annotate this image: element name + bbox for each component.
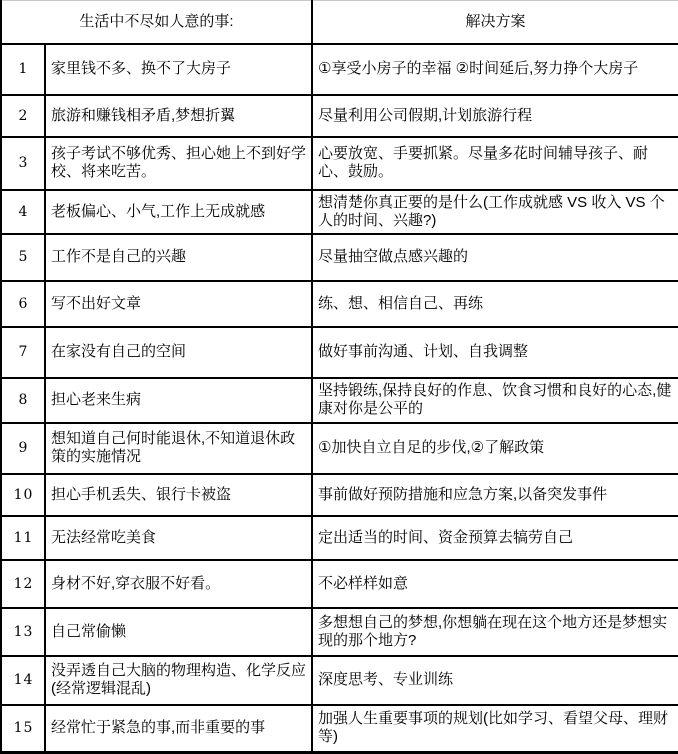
row-number: 3	[1, 137, 45, 190]
table-row: 5 工作不是自己的兴趣 尽量抽空做点感兴趣的	[1, 234, 678, 281]
row-number: 11	[1, 516, 45, 560]
solution-cell: 想清楚你真正要的是什么(工作成就感 VS 收入 VS 个人的时间、兴趣?)	[312, 190, 678, 234]
table-row: 15 经常忙于紧急的事,而非重要的事 加强人生重要事项的规划(比如学习、看望父母…	[1, 705, 678, 753]
row-number: 4	[1, 190, 45, 234]
row-number: 12	[1, 560, 45, 608]
header-solutions: 解决方案	[312, 1, 678, 44]
problem-cell: 无法经常吃美食	[45, 516, 312, 560]
table-row: 11 无法经常吃美食 定出适当的时间、资金预算去犒劳自己	[1, 516, 678, 560]
row-number: 7	[1, 327, 45, 378]
problem-cell: 担心老来生病	[45, 378, 312, 423]
row-number: 6	[1, 281, 45, 327]
problem-cell: 孩子考试不够优秀、担心她上不到好学校、将来吃苦。	[45, 137, 312, 190]
solution-cell: 多想想自己的梦想,你想躺在现在这个地方还是梦想实现的那个地方?	[312, 608, 678, 656]
row-number: 9	[1, 423, 45, 474]
solution-cell: ①享受小房子的幸福 ②时间延后,努力挣个大房子	[312, 44, 678, 95]
problem-cell: 旅游和赚钱相矛盾,梦想折翼	[45, 95, 312, 137]
table-row: 2 旅游和赚钱相矛盾,梦想折翼 尽量利用公司假期,计划旅游行程	[1, 95, 678, 137]
table-body: 1 家里钱不多、换不了大房子 ①享受小房子的幸福 ②时间延后,努力挣个大房子 2…	[1, 44, 678, 753]
problem-cell: 家里钱不多、换不了大房子	[45, 44, 312, 95]
problem-cell: 写不出好文章	[45, 281, 312, 327]
document-sheet: 生活中不尽如人意的事: 解决方案 1 家里钱不多、换不了大房子 ①享受小房子的幸…	[0, 0, 678, 754]
table-row: 6 写不出好文章 练、想、相信自己、再练	[1, 281, 678, 327]
problem-cell: 想知道自己何时能退休,不知道退休政策的实施情况	[45, 423, 312, 474]
solution-cell: 心要放宽、手要抓紧。尽量多花时间辅导孩子、耐心、鼓励。	[312, 137, 678, 190]
row-number: 14	[1, 656, 45, 705]
problem-cell: 担心手机丢失、银行卡被盗	[45, 474, 312, 516]
problem-cell: 老板偏心、小气,工作上无成就感	[45, 190, 312, 234]
problem-cell: 身材不好,穿衣服不好看。	[45, 560, 312, 608]
row-number: 15	[1, 705, 45, 753]
solution-cell: 做好事前沟通、计划、自我调整	[312, 327, 678, 378]
solution-cell: 尽量利用公司假期,计划旅游行程	[312, 95, 678, 137]
solution-cell: 练、想、相信自己、再练	[312, 281, 678, 327]
solution-cell: 定出适当的时间、资金预算去犒劳自己	[312, 516, 678, 560]
table-row: 7 在家没有自己的空间 做好事前沟通、计划、自我调整	[1, 327, 678, 378]
table-row: 13 自己常偷懒 多想想自己的梦想,你想躺在现在这个地方还是梦想实现的那个地方?	[1, 608, 678, 656]
table-row: 8 担心老来生病 坚持锻练,保持良好的作息、饮食习惯和良好的心态,健康对你是公平…	[1, 378, 678, 423]
problem-cell: 没弄透自己大脑的物理构造、化学反应(经常逻辑混乱)	[45, 656, 312, 705]
problem-cell: 经常忙于紧急的事,而非重要的事	[45, 705, 312, 753]
problems-solutions-table: 生活中不尽如人意的事: 解决方案 1 家里钱不多、换不了大房子 ①享受小房子的幸…	[0, 0, 678, 754]
table-row: 12 身材不好,穿衣服不好看。 不必样样如意	[1, 560, 678, 608]
solution-cell: 事前做好预防措施和应急方案,以备突发事件	[312, 474, 678, 516]
row-number: 10	[1, 474, 45, 516]
problem-cell: 工作不是自己的兴趣	[45, 234, 312, 281]
table-row: 3 孩子考试不够优秀、担心她上不到好学校、将来吃苦。 心要放宽、手要抓紧。尽量多…	[1, 137, 678, 190]
header-row: 生活中不尽如人意的事: 解决方案	[1, 1, 678, 44]
table-row: 4 老板偏心、小气,工作上无成就感 想清楚你真正要的是什么(工作成就感 VS 收…	[1, 190, 678, 234]
row-number: 2	[1, 95, 45, 137]
problem-cell: 在家没有自己的空间	[45, 327, 312, 378]
solution-cell: 尽量抽空做点感兴趣的	[312, 234, 678, 281]
row-number: 13	[1, 608, 45, 656]
table-row: 14 没弄透自己大脑的物理构造、化学反应(经常逻辑混乱) 深度思考、专业训练	[1, 656, 678, 705]
table-row: 10 担心手机丢失、银行卡被盗 事前做好预防措施和应急方案,以备突发事件	[1, 474, 678, 516]
solution-cell: 不必样样如意	[312, 560, 678, 608]
row-number: 1	[1, 44, 45, 95]
table-row: 1 家里钱不多、换不了大房子 ①享受小房子的幸福 ②时间延后,努力挣个大房子	[1, 44, 678, 95]
solution-cell: ①加快自立自足的步伐,②了解政策	[312, 423, 678, 474]
solution-cell: 深度思考、专业训练	[312, 656, 678, 705]
row-number: 8	[1, 378, 45, 423]
table-row: 9 想知道自己何时能退休,不知道退休政策的实施情况 ①加快自立自足的步伐,②了解…	[1, 423, 678, 474]
row-number: 5	[1, 234, 45, 281]
solution-cell: 加强人生重要事项的规划(比如学习、看望父母、理财等)	[312, 705, 678, 753]
header-problems: 生活中不尽如人意的事:	[1, 1, 312, 44]
problem-cell: 自己常偷懒	[45, 608, 312, 656]
solution-cell: 坚持锻练,保持良好的作息、饮食习惯和良好的心态,健康对你是公平的	[312, 378, 678, 423]
